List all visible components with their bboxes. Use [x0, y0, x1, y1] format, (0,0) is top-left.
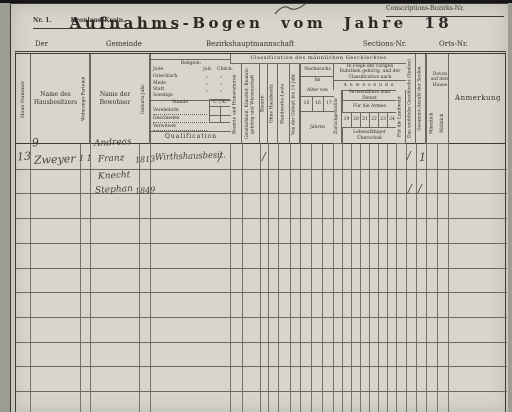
- age-cell: 24: [387, 113, 396, 127]
- hw-wohnparteien-marks: 1 1: [79, 154, 92, 163]
- grid-hline: [16, 366, 507, 367]
- zurueckgestellte-col: Zurückgestellte: [333, 90, 342, 144]
- age-cell: 23: [378, 113, 387, 127]
- grid-vline: [387, 144, 388, 412]
- religion-row: Sonstige: [153, 93, 173, 99]
- label-der: Der: [35, 40, 48, 50]
- religion-col1: Jud.: [203, 67, 212, 73]
- hw-tick-row3-b: /: [418, 182, 422, 195]
- grid-vline: [268, 144, 269, 412]
- grid-vline: [311, 144, 312, 412]
- age-cell: 21: [360, 113, 369, 127]
- class-col-handwerk: Handwerks-Leute: [278, 64, 290, 144]
- col-anmerkung: Anmerkung: [448, 54, 507, 144]
- grid-hline: [16, 243, 507, 244]
- folge-header: In Folge der vorigen Rubriken gehörig, u…: [333, 64, 406, 80]
- stand-cells: [209, 107, 230, 123]
- age-cell: 15: [301, 97, 312, 111]
- grid-vline: [360, 144, 361, 412]
- hw-hausbesitzer: Zweyer: [34, 152, 76, 166]
- stand-cols: C. | K.: [209, 99, 230, 107]
- hw-tick-gesammt: 1: [419, 151, 426, 164]
- hw-tick-qual: /: [218, 151, 222, 164]
- verwendbare-header: Verwendbare zum Dienst: [342, 90, 396, 100]
- religion-row: Jude: [153, 67, 163, 73]
- hw-tick-row3-a: /: [408, 182, 412, 195]
- nachwuchs-title: Nachwuchs: [301, 66, 334, 74]
- age-cell: 20: [351, 113, 360, 127]
- hw-bewohner-4: Stephan: [95, 184, 133, 196]
- qualification-group: Religion: Jude Griechisch Mede Statt Son…: [150, 54, 230, 144]
- class-col-geburt-bis-14: Von der Geburt bis 14 Jahr: [290, 64, 300, 144]
- grid-hline: [16, 342, 507, 343]
- ditto-mark: „: [206, 88, 208, 94]
- class-col-geistlichkeit: Geistlichkeit, Künstler, Beamte gehörig …: [242, 64, 260, 144]
- grid-hline: [16, 268, 507, 269]
- col-geburtsjahr: Geburts-Jahr: [139, 54, 150, 144]
- religion-row: Griechisch: [153, 74, 177, 80]
- grid-vline: [369, 144, 370, 412]
- col-hausbesitzer: Name des Hausbesitzers: [30, 54, 80, 144]
- religion-box: Religion: Jude Griechisch Mede Statt Son…: [151, 59, 231, 101]
- qualification-label: Qualification: [151, 131, 231, 144]
- stand-row: Geschieden: [153, 116, 207, 123]
- age-cell: 22: [369, 113, 378, 127]
- grid-hline: [16, 317, 507, 318]
- grid-vline: [278, 144, 279, 412]
- grid-vline: [139, 144, 140, 412]
- grid-vline: [406, 144, 407, 412]
- grid-vline: [300, 144, 301, 412]
- classification-title: Classification des männlichen Geschlecht…: [230, 54, 406, 64]
- hw-haus-nr: 13: [17, 150, 32, 164]
- class-col-bauern: Bauern: [260, 64, 268, 144]
- grid-vline: [351, 144, 352, 412]
- grid-vline: [322, 144, 323, 412]
- grid-hline: [16, 391, 507, 392]
- davon-box: Davon auf dem Hause Männlich Weiblich: [426, 54, 448, 144]
- col-gesammt-anzahl: Gesammt-Anzahl der Seelen: [416, 54, 426, 144]
- form-sheet: Nr. 1. Kronland Krain. Conscriptions-Bez…: [10, 3, 508, 412]
- ditto-mark: „: [206, 81, 208, 87]
- handwritten-flourish-mark: [273, 2, 307, 16]
- label-bezirkshauptmannschaft: Bezirkshauptmannschaft: [206, 40, 294, 50]
- label-orts-nr: Orts-Nr.: [439, 40, 468, 50]
- stand-box: Stande C. | K. Verehelicht Geschieden Ve…: [151, 99, 231, 132]
- nachwuchs-jahren: Jahren: [301, 112, 334, 144]
- hw-geburtsjahr-1: 1813: [135, 154, 156, 164]
- ditto-mark: „: [220, 74, 222, 80]
- grid-vline: [416, 144, 417, 412]
- nachwuchs-box: Nachwuchs Im Alter von 15 16 17 Jahren: [300, 64, 333, 144]
- grid-hline: [16, 292, 507, 293]
- hw-bewohner-3: Knecht: [98, 170, 131, 182]
- fuer-armee-header: Für die Armee: [342, 100, 396, 112]
- grid-vline: [260, 144, 261, 412]
- grid-vline: [437, 144, 438, 412]
- stand-title: Stande: [151, 99, 209, 107]
- grid-vline: [448, 144, 449, 412]
- ueberschuss-cell: Lebensfähiger Überschuß: [342, 128, 396, 144]
- fuer-landwehr-col: Für die Landwehr: [396, 90, 406, 144]
- ditto-mark: „: [206, 74, 208, 80]
- ditto-mark: „: [220, 81, 222, 87]
- grid-hline: [16, 193, 507, 194]
- nachwuchs-alter: Alter von: [301, 86, 334, 96]
- class-col-ohne-hausbesitz: Ohne Hausbesitz: [268, 64, 278, 144]
- hw-bewohner-2: Franz: [98, 153, 125, 164]
- form-number: Nr. 1.: [33, 17, 52, 24]
- grid-vline: [230, 144, 231, 412]
- davon-maennlich: Männlich: [427, 104, 438, 144]
- grid-hline: [16, 169, 507, 170]
- grid-vline: [378, 144, 379, 412]
- religion-title: Religion:: [151, 60, 231, 67]
- label-gemeinde: Gemeinde: [106, 40, 142, 50]
- col-wohnparteien: Wohnungs-Parteien: [80, 54, 90, 144]
- divider: [210, 115, 231, 116]
- hw-tick-bauern: /: [262, 150, 266, 163]
- grid-vline: [396, 144, 397, 412]
- grid-vline: [150, 144, 151, 412]
- stand-row: Verwitwet: [153, 124, 207, 131]
- age-cell: 19: [342, 113, 351, 127]
- grid-vline: [90, 144, 91, 412]
- grid-vline: [80, 144, 81, 412]
- hw-geburtsjahr-2: 1849: [135, 185, 156, 195]
- class-col-beamte: Beamte und Honoratioren: [230, 64, 242, 144]
- grid-vline: [333, 144, 334, 412]
- form-title: Aufnahms-Bogen vom Jahre 18: [51, 14, 471, 32]
- age-cell: 16: [312, 97, 323, 111]
- religion-row: Mede: [153, 81, 166, 87]
- nachwuchs-ages: 15 16 17: [301, 96, 334, 112]
- anwesende-header: Anwesende: [333, 80, 406, 90]
- col-bewohner: Name der Bewohner: [90, 54, 139, 144]
- hw-tick-weiblich: /: [407, 149, 411, 162]
- grid-hline: [16, 218, 507, 219]
- grid-vline: [30, 144, 31, 412]
- armee-ages-row: 19 20 21 22 23 24: [342, 112, 396, 128]
- hw-bewohner-1: Andreas: [94, 137, 132, 149]
- label-sections-nr: Sections-Nr.: [363, 40, 407, 50]
- table-header: Haus-Nummer Name des Hausbesitzers Wohnu…: [16, 54, 505, 144]
- grid-vline: [342, 144, 343, 412]
- hw-qualification: Wirthshausbesit.: [155, 151, 226, 163]
- religion-row: Statt: [153, 87, 164, 93]
- grid-vline: [290, 144, 291, 412]
- nachwuchs-im: Im: [301, 76, 334, 85]
- grid-vline: [242, 144, 243, 412]
- col-haus-nummer: Haus-Nummer: [16, 54, 30, 144]
- col-weibliches-geschlecht: Das weibliche Geschlecht (Seelen): [406, 54, 416, 144]
- grid-vline: [426, 144, 427, 412]
- stand-row: Verehelicht: [153, 108, 207, 115]
- census-table: Haus-Nummer Name des Hausbesitzers Wohnu…: [15, 51, 506, 412]
- ditto-mark: „: [220, 88, 222, 94]
